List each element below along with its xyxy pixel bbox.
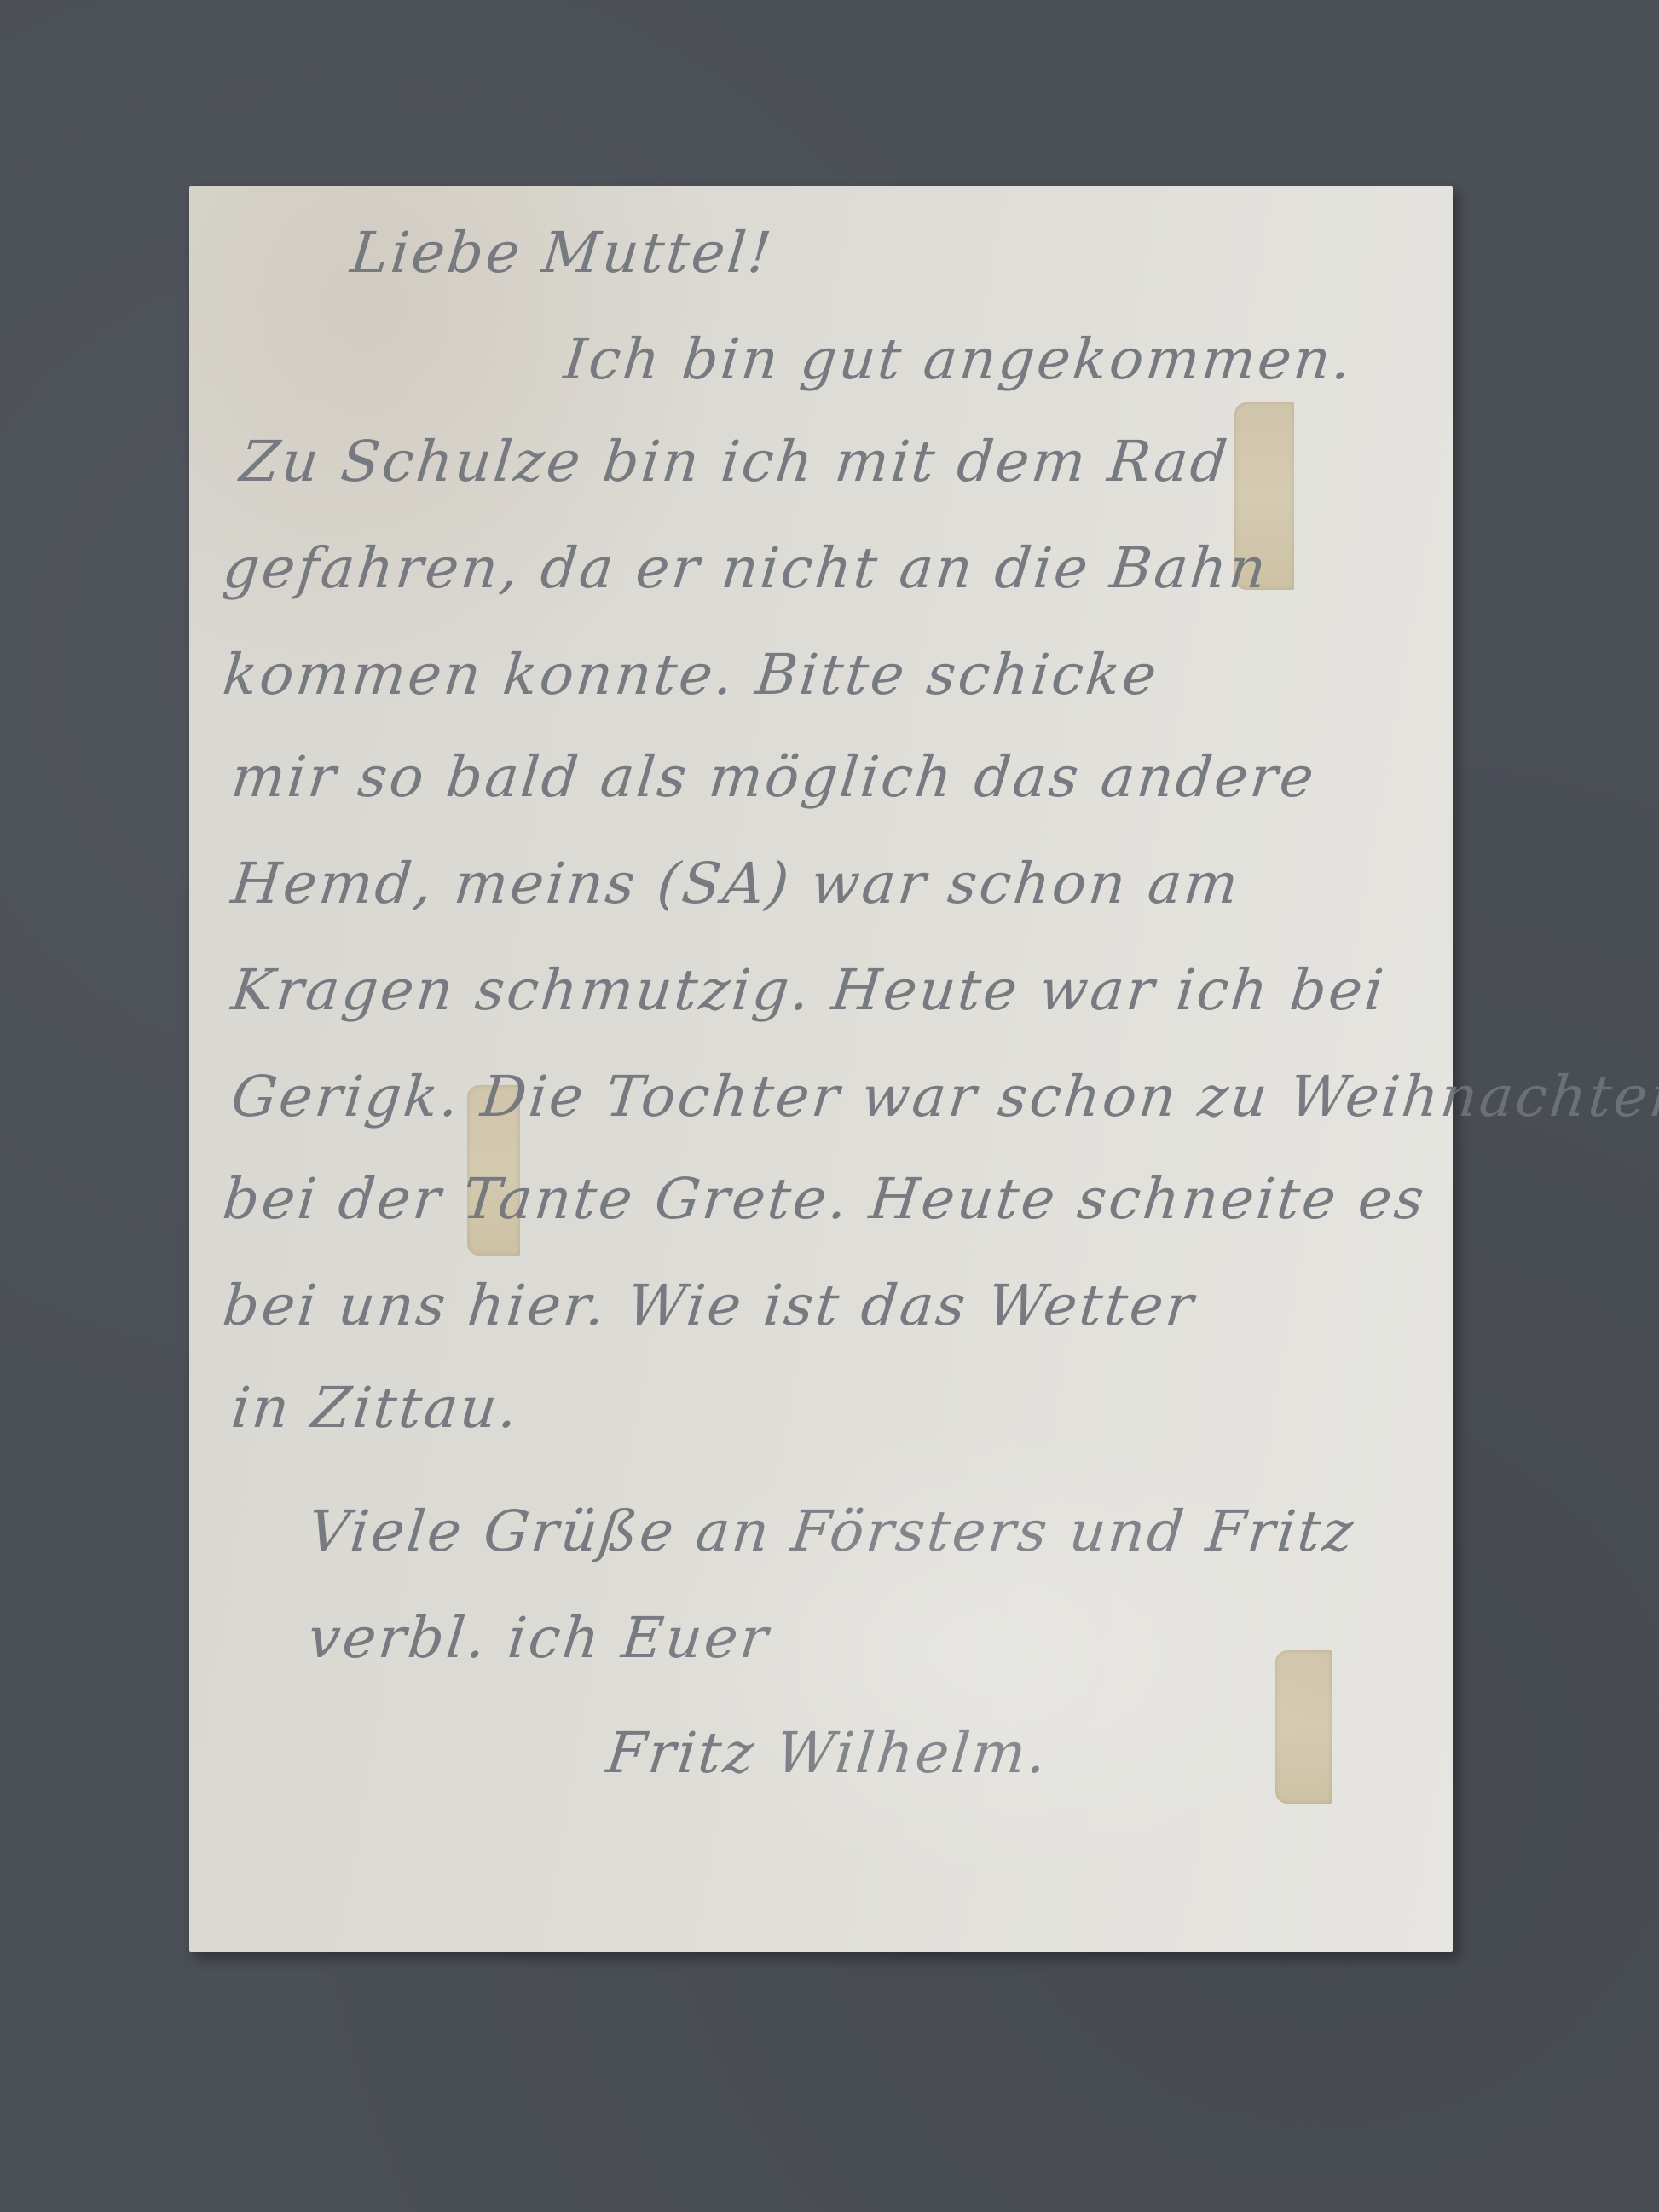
text-line: bei uns hier. Wie ist das Wetter — [220, 1273, 1199, 1338]
text-line: in Zittau. — [228, 1375, 523, 1441]
text-line: Viele Grüße an Försters und Fritz — [305, 1499, 1359, 1564]
text-line: bei der Tante Grete. Heute schneite es — [220, 1166, 1430, 1232]
text-line: kommen konnte. Bitte schicke — [220, 642, 1162, 707]
postcard: Liebe Muttel! Ich bin gut angekommen. Zu… — [189, 186, 1453, 1952]
tape-hinge — [1275, 1650, 1332, 1804]
text-line: Gerigk. Die Tochter war schon zu Weihnac… — [228, 1064, 1659, 1129]
text-line: Hemd, meins (SA) war schon am — [228, 851, 1244, 916]
text-line: Kragen schmutzig. Heute war ich bei — [228, 957, 1389, 1023]
text-line: mir so bald als möglich das andere — [228, 744, 1320, 810]
text-line: Zu Schulze bin ich mit dem Rad — [237, 429, 1233, 494]
text-line: gefahren, da er nicht an die Bahn — [220, 535, 1272, 601]
signature: Fritz Wilhelm. — [604, 1720, 1052, 1786]
text-line: Ich bin gut angekommen. — [561, 326, 1356, 392]
closing-line: verbl. ich Euer — [305, 1605, 773, 1671]
greeting-line: Liebe Muttel! — [348, 220, 777, 286]
